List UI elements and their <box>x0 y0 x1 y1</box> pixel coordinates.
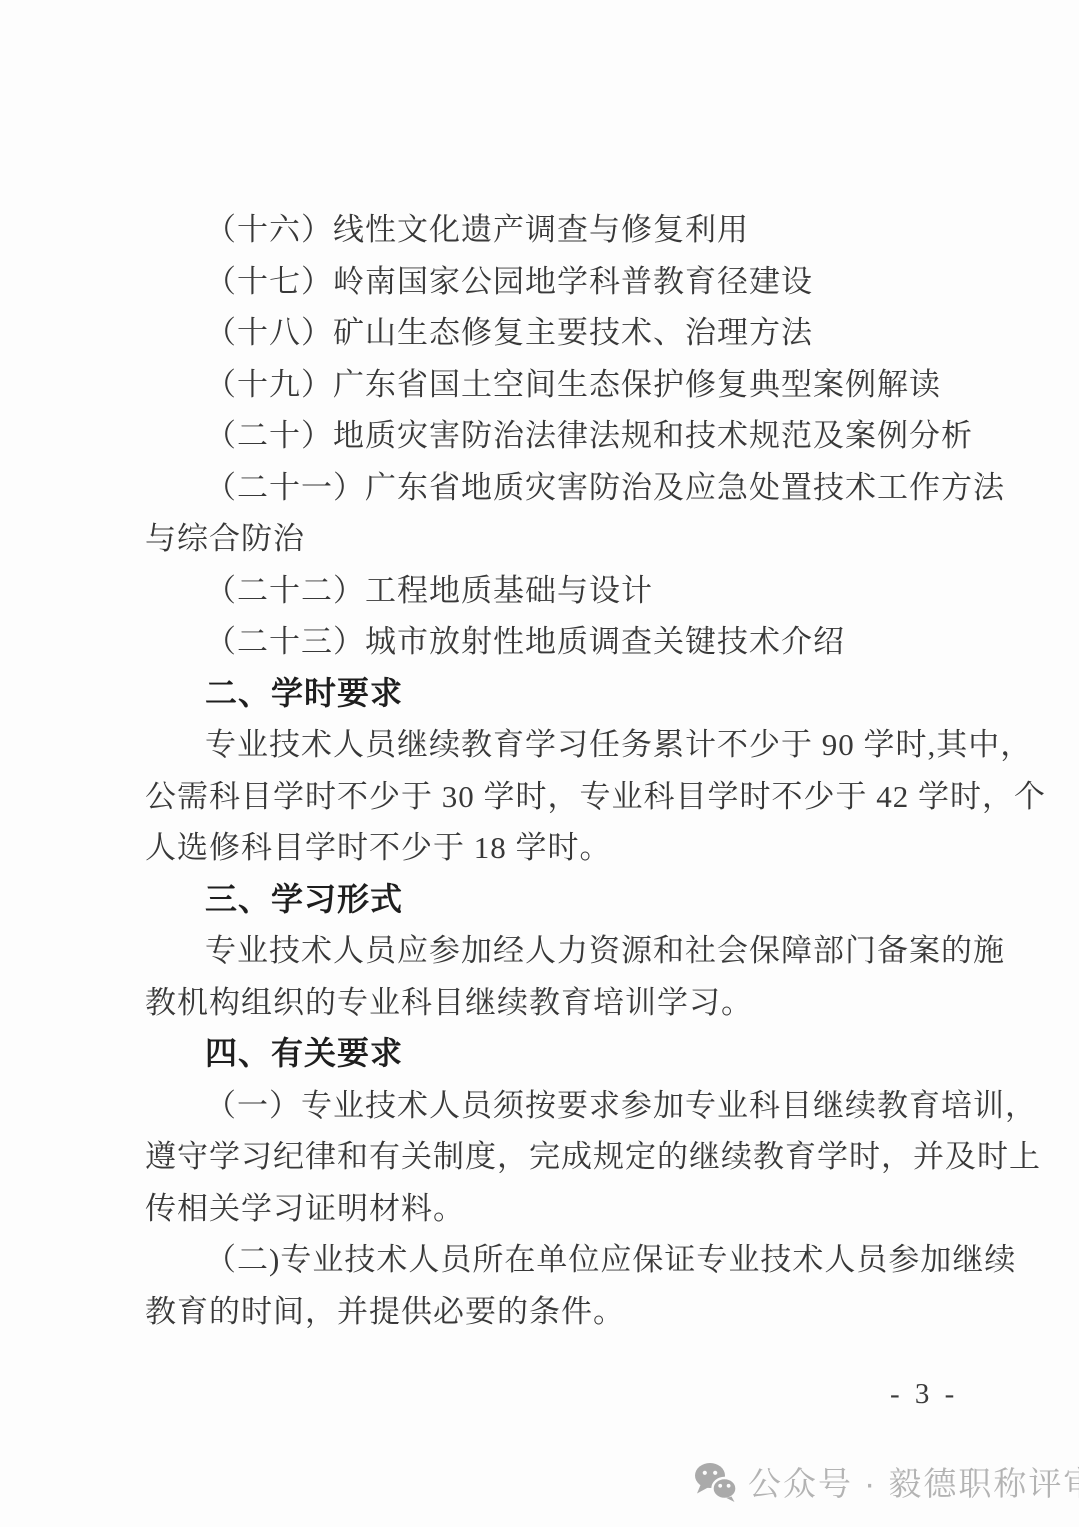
course-item-19: （十九）广东省国土空间生态保护修复典型案例解读 <box>145 359 1025 411</box>
course-item-23: （二十三）城市放射性地质调查关键技术介绍 <box>145 616 1025 668</box>
document-page: （十六）线性文化遗产调查与修复利用 （十七）岭南国家公园地学科普教育径建设 （十… <box>0 0 1079 1527</box>
course-item-21-line-2: 与综合防治 <box>145 513 1025 565</box>
hours-paragraph-line-2: 公需科目学时不少于 30 学时，专业科目学时不少于 42 学时，个 <box>145 771 1025 823</box>
requirement-1-line-2: 遵守学习纪律和有关制度，完成规定的继续教育学时，并及时上 <box>145 1131 1025 1183</box>
document-body: （十六）线性文化遗产调查与修复利用 （十七）岭南国家公园地学科普教育径建设 （十… <box>145 204 1025 1337</box>
hours-paragraph-line-3: 人选修科目学时不少于 18 学时。 <box>145 822 1025 874</box>
section-heading-learning-form: 三、学习形式 <box>145 874 1025 926</box>
requirement-2-line-1: （二)专业技术人员所在单位应保证专业技术人员参加继续 <box>145 1234 1025 1286</box>
watermark: 公众号 · 毅德职称评审 <box>694 1458 1079 1505</box>
section-heading-hours: 二、学时要求 <box>145 668 1025 720</box>
course-item-22: （二十二）工程地质基础与设计 <box>145 565 1025 617</box>
course-item-16: （十六）线性文化遗产调查与修复利用 <box>145 204 1025 256</box>
learning-form-paragraph-line-2: 教机构组织的专业科目继续教育培训学习。 <box>145 977 1025 1029</box>
requirement-1-line-1: （一）专业技术人员须按要求参加专业科目继续教育培训， <box>145 1080 1025 1132</box>
learning-form-paragraph-line-1: 专业技术人员应参加经人力资源和社会保障部门备案的施 <box>145 925 1025 977</box>
page-number: - 3 - <box>890 1378 958 1411</box>
wechat-icon <box>694 1462 738 1502</box>
requirement-2-line-2: 教育的时间，并提供必要的条件。 <box>145 1286 1025 1338</box>
course-item-18: （十八）矿山生态修复主要技术、治理方法 <box>145 307 1025 359</box>
course-item-21-line-1: （二十一）广东省地质灾害防治及应急处置技术工作方法 <box>145 462 1025 514</box>
requirement-1-line-3: 传相关学习证明材料。 <box>145 1183 1025 1235</box>
watermark-label: 公众号 · 毅德职称评审 <box>748 1458 1079 1505</box>
section-heading-requirements: 四、有关要求 <box>145 1028 1025 1080</box>
hours-paragraph-line-1: 专业技术人员继续教育学习任务累计不少于 90 学时,其中， <box>145 719 1025 771</box>
course-item-17: （十七）岭南国家公园地学科普教育径建设 <box>145 256 1025 308</box>
course-item-20: （二十）地质灾害防治法律法规和技术规范及案例分析 <box>145 410 1025 462</box>
